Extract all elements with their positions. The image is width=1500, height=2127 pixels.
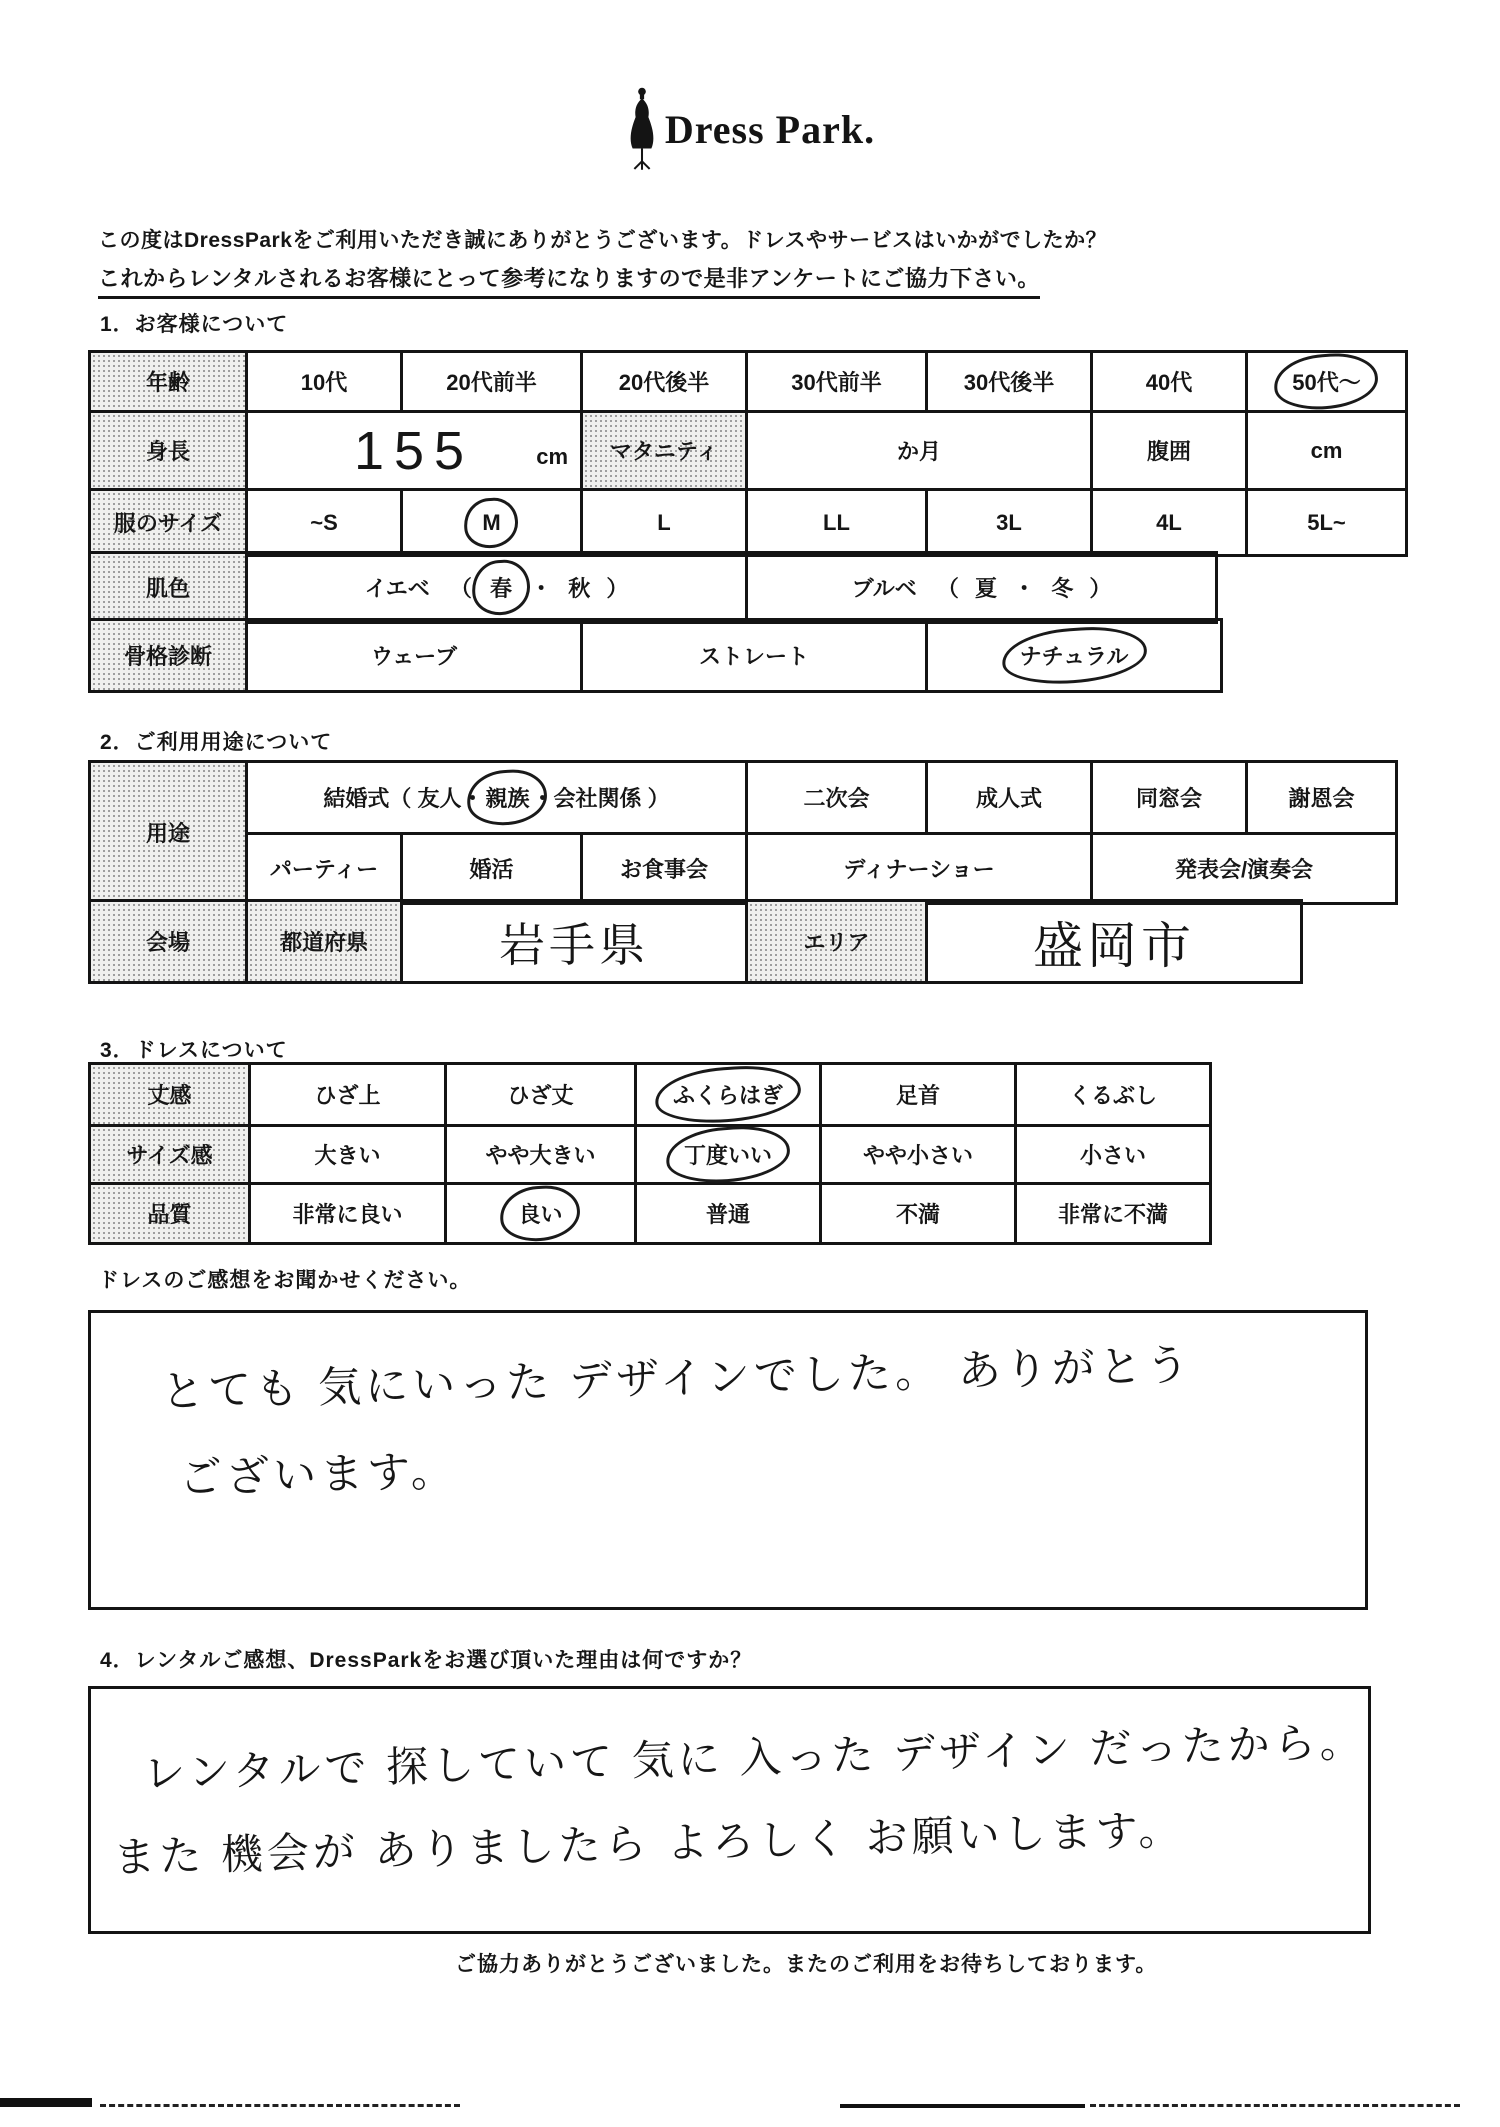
purpose-label: 用途 [90,762,247,904]
section3-title: 3．ドレスについて [100,1034,288,1064]
scan-artifact [840,2104,1085,2108]
selection-circle: 春 [488,572,514,603]
age-option: 30代後半 [927,352,1092,412]
height-handwritten-value: 155 [354,421,474,481]
dress-table: 丈感 ひざ上 ひざ丈 ふくらはぎ 足首 くるぶし サイズ感 大きい やや大きい … [88,1062,1212,1245]
brand-logo: Dress Park. [0,86,1500,172]
footer-thanks: ご協力ありがとうございました。またのご利用をお待ちしております。 [455,1948,1157,1978]
dress-feedback-line-2: ございます。 [178,1437,458,1505]
customer-table-top: 年齢 10代 20代前半 20代後半 30代前半 30代後半 40代 50代～ … [88,350,1408,557]
quality-label: 品質 [90,1184,250,1244]
rental-feedback-line-2: また 機会が ありましたら よろしく お願いします。 [112,1797,1185,1885]
length-option: くるぶし [1016,1064,1211,1126]
length-label: 丈感 [90,1064,250,1126]
size-option: ~S [247,490,402,556]
size-label: 服のサイズ [90,490,247,556]
size-row: 服のサイズ ~S M L LL 3L 4L 5L~ [90,490,1407,556]
purpose-option: 謝恩会 [1247,762,1397,834]
quality-row: 品質 非常に良い 良い 普通 不満 非常に不満 [90,1184,1211,1244]
dress-feedback-box: とても 気にいった デザインでした。 ありがとう ございます。 [88,1310,1368,1610]
purpose-row-2: パーティー 婚活 お食事会 ディナーショー 発表会/演奏会 [90,834,1397,904]
age-option: 20代後半 [582,352,747,412]
height-unit: cm [536,444,568,470]
waist-label: 腹囲 [1092,412,1247,490]
skin-warm-name: イエベ [365,576,430,601]
venue-table: 会場 都道府県 岩手県 エリア 盛岡市 [88,899,1303,984]
fit-option: やや小さい [821,1126,1016,1184]
skin-cool-name: ブルベ [852,576,917,601]
size-option-selected: M [402,490,582,556]
size-option: L [582,490,747,556]
selection-circle: M [480,510,502,536]
dress-feedback-line-1: とても 気にいった デザインでした。 ありがとう [160,1332,1193,1420]
purpose-option: お食事会 [582,834,747,904]
fit-label: サイズ感 [90,1126,250,1184]
scan-artifact [100,2104,460,2107]
selection-circle: ふくらはぎ [671,1079,785,1110]
skeleton-option-selected: ナチュラル [927,620,1222,692]
scan-artifact [1090,2104,1460,2107]
skeleton-option: ストレート [582,620,927,692]
height-value-cell: 155 cm [247,412,582,490]
length-option: ひざ上 [250,1064,446,1126]
dress-feedback-question: ドレスのご感想をお聞かせください。 [98,1264,471,1294]
rental-feedback-line-1: レンタルで 探していて 気に 入った デザイン だったから。 [142,1709,1366,1801]
customer-table-skin: 肌色 イエベ （ 春 ・ 秋 ） ブルベ （ 夏 ・ 冬 ） [88,551,1218,624]
customer-table-skeleton: 骨格診断 ウェーブ ストレート ナチュラル [88,618,1223,693]
section4-title: 4．レンタルご感想、DressParkをお選び頂いた理由は何ですか？ [100,1644,752,1674]
selection-circle: 丁度いい [682,1139,774,1170]
survey-page: Dress Park. この度はDressParkをご利用いただき誠にありがとう… [0,0,1500,2127]
fit-option: やや大きい [446,1126,636,1184]
height-row: 身長 155 cm マタニティ か月 腹囲 cm [90,412,1407,490]
quality-option-selected: 良い [446,1184,636,1244]
selection-circle: ナチュラル [1018,640,1131,671]
venue-label: 会場 [90,901,247,983]
maternity-label: マタニティ [582,412,747,490]
purpose-option: 成人式 [927,762,1092,834]
length-option: 足首 [821,1064,1016,1126]
skeleton-row: 骨格診断 ウェーブ ストレート ナチュラル [90,620,1222,692]
fit-row: サイズ感 大きい やや大きい 丁度いい やや小さい 小さい [90,1126,1211,1184]
size-option: 5L~ [1247,490,1407,556]
age-option: 10代 [247,352,402,412]
fit-option: 大きい [250,1126,446,1184]
wedding-cell: 結婚式（ 友人・親族・会社関係 ） [247,762,747,834]
prefecture-handwritten-value: 岩手県 [402,901,747,983]
scan-artifact [0,2098,92,2107]
skin-row: 肌色 イエベ （ 春 ・ 秋 ） ブルベ （ 夏 ・ 冬 ） [90,553,1217,623]
age-label: 年齢 [90,352,247,412]
purpose-option: パーティー [247,834,402,904]
age-option: 40代 [1092,352,1247,412]
selection-circle: 50代～ [1290,366,1362,397]
purpose-table: 用途 結婚式（ 友人・親族・会社関係 ） 二次会 成人式 同窓会 謝恩会 パーテ… [88,760,1398,905]
section2-title: 2．ご利用用途について [100,726,332,756]
age-option-selected: 50代～ [1247,352,1407,412]
skeleton-option: ウェーブ [247,620,582,692]
section1-title: 1．お客様について [100,308,288,338]
waist-unit-cell: cm [1247,412,1407,490]
purpose-option: ディナーショー [747,834,1092,904]
skin-label: 肌色 [90,553,247,623]
size-option: LL [747,490,927,556]
purpose-option: 同窓会 [1092,762,1247,834]
area-handwritten-value: 盛岡市 [927,901,1302,983]
quality-option: 不満 [821,1184,1016,1244]
skin-cool-cell: ブルベ （ 夏 ・ 冬 ） [747,553,1217,623]
quality-option: 非常に不満 [1016,1184,1211,1244]
brand-name: Dress Park. [665,106,875,153]
selection-circle: 良い [516,1198,564,1229]
skeleton-label: 骨格診断 [90,620,247,692]
purpose-row-1: 用途 結婚式（ 友人・親族・会社関係 ） 二次会 成人式 同窓会 謝恩会 [90,762,1397,834]
maternity-months-cell: か月 [747,412,1092,490]
dress-form-icon [625,86,659,172]
rental-feedback-box: レンタルで 探していて 気に 入った デザイン だったから。 また 機会が あり… [88,1686,1371,1934]
size-option: 3L [927,490,1092,556]
length-option: ひざ丈 [446,1064,636,1126]
length-row: 丈感 ひざ上 ひざ丈 ふくらはぎ 足首 くるぶし [90,1064,1211,1126]
height-label: 身長 [90,412,247,490]
quality-option: 非常に良い [250,1184,446,1244]
quality-option: 普通 [636,1184,821,1244]
purpose-option: 二次会 [747,762,927,834]
fit-option-selected: 丁度いい [636,1126,821,1184]
purpose-option: 発表会/演奏会 [1092,834,1397,904]
intro-line-1: この度はDressParkをご利用いただき誠にありがとうございます。ドレスやサー… [98,224,1107,254]
age-row: 年齢 10代 20代前半 20代後半 30代前半 30代後半 40代 50代～ [90,352,1407,412]
skin-warm-cell: イエベ （ 春 ・ 秋 ） [247,553,747,623]
fit-option: 小さい [1016,1126,1211,1184]
size-option: 4L [1092,490,1247,556]
selection-circle: 親族 [483,782,531,813]
intro-line-2: これからレンタルされるお客様にとって参考になりますので是非アンケートにご協力下さ… [98,262,1040,299]
prefecture-label: 都道府県 [247,901,402,983]
area-label: エリア [747,901,927,983]
venue-row: 会場 都道府県 岩手県 エリア 盛岡市 [90,901,1302,983]
age-option: 20代前半 [402,352,582,412]
purpose-option: 婚活 [402,834,582,904]
age-option: 30代前半 [747,352,927,412]
length-option-selected: ふくらはぎ [636,1064,821,1126]
